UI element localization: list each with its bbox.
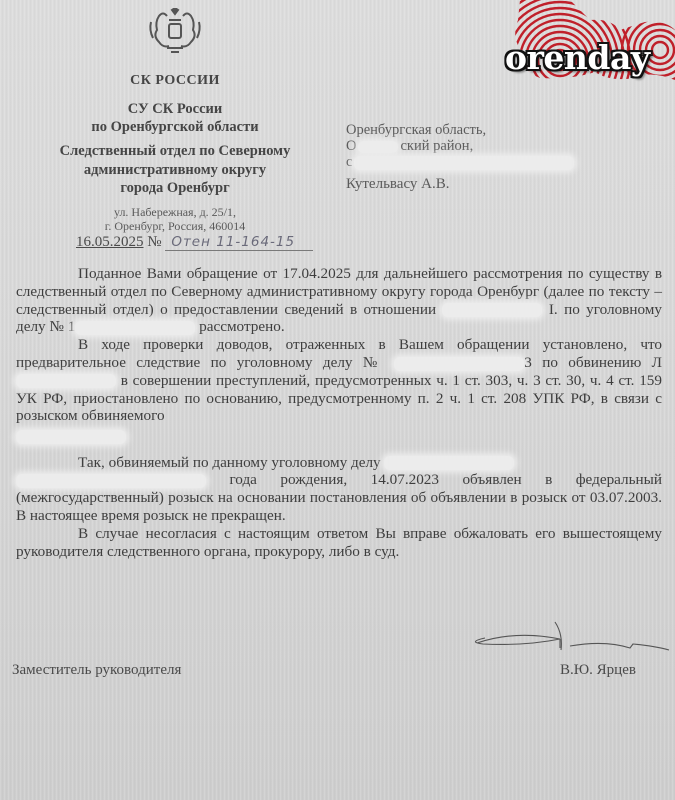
orenday-watermark: orenday xyxy=(505,38,650,77)
redaction xyxy=(384,456,514,470)
redaction xyxy=(16,430,126,444)
department-address: ул. Набережная, д. 25/1, г. Оренбург, Ро… xyxy=(20,205,330,233)
recipient-region: Оренбургская область, xyxy=(346,122,574,138)
redaction xyxy=(394,357,524,371)
department-name: Следственный отдел по Северному админист… xyxy=(20,142,330,198)
address-line-1: ул. Набережная, д. 25/1, xyxy=(20,205,330,219)
dept-line-1: Следственный отдел по Северному xyxy=(20,142,330,161)
signatory-title: Заместитель руководителя xyxy=(12,662,181,679)
recipient-district: Оский район, xyxy=(346,138,574,154)
paragraph-1: Поданное Вами обращение от 17.04.2025 дл… xyxy=(16,265,662,336)
redaction xyxy=(442,303,542,317)
org-sub-line-1: СУ СК России xyxy=(20,100,330,118)
redaction xyxy=(75,321,195,335)
redaction xyxy=(16,374,116,388)
recipient-locality: с xyxy=(346,154,574,170)
handwritten-signature xyxy=(455,620,670,665)
paragraph-4: В случае несогласия с настоящим ответом … xyxy=(16,525,662,561)
letter-body: Поданное Вами обращение от 17.04.2025 дл… xyxy=(16,265,662,560)
paragraph-3: Так, обвиняемый по данному уголовному де… xyxy=(16,454,662,525)
russian-coat-of-arms-icon xyxy=(145,8,205,58)
paragraph-2: В ходе проверки доводов, отраженных в Ва… xyxy=(16,336,662,444)
org-sub-line-2: по Оренбургской области xyxy=(20,118,330,136)
dept-line-2: административному округу xyxy=(20,161,330,180)
org-subtitle: СУ СК России по Оренбургской области xyxy=(20,100,330,136)
signatory-name: В.Ю. Ярцев xyxy=(560,662,636,679)
registration-line: 16.05.2025 № Отен 11-164-15 xyxy=(76,234,313,251)
number-sign: № xyxy=(147,234,161,250)
dept-line-3: города Оренбург xyxy=(20,179,330,198)
address-line-2: г. Оренбург, Россия, 460014 xyxy=(20,219,330,233)
redaction xyxy=(358,141,398,153)
redaction xyxy=(354,156,574,170)
outgoing-date: 16.05.2025 xyxy=(76,234,144,250)
recipient-name: Кутельвасу А.В. xyxy=(346,176,450,193)
redaction xyxy=(16,474,206,488)
org-main-title: СК РОССИИ xyxy=(20,73,330,89)
recipient-address: Оренбургская область, Оский район, с xyxy=(346,122,574,170)
document-page: СК РОССИИ СУ СК России по Оренбургской о… xyxy=(0,0,675,800)
outgoing-number-handwritten: Отен 11-164-15 xyxy=(165,234,313,251)
